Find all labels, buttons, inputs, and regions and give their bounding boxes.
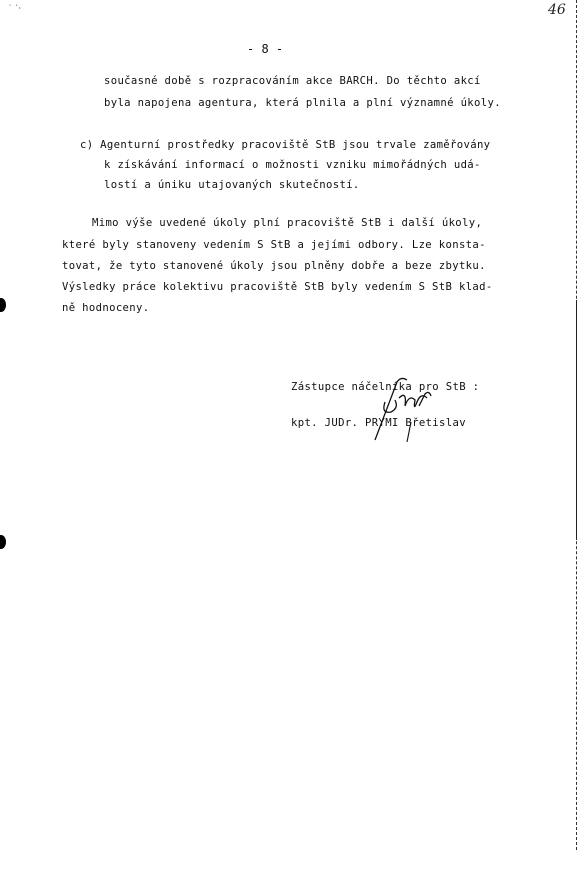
folio-number: 46 bbox=[548, 2, 566, 18]
scan-specks: ˙ ˙· bbox=[8, 4, 21, 13]
paragraph-start: Mimo výše uvedené úkoly plní pracoviště … bbox=[92, 218, 482, 229]
document-page: ˙ ˙· 46 - 8 - současné době s rozpracová… bbox=[0, 0, 588, 879]
punch-hole bbox=[0, 298, 6, 312]
text-line: tovat, že tyto stanovené úkoly jsou plně… bbox=[62, 261, 486, 272]
text-line: současné době s rozpracováním akce BARCH… bbox=[104, 76, 481, 87]
punch-hole bbox=[0, 535, 6, 549]
text-line: k získávání informací o možnosti vzniku … bbox=[104, 160, 481, 171]
text-line: ně hodnoceny. bbox=[62, 303, 149, 314]
list-item-c: c) Agenturní prostředky pracoviště StB j… bbox=[80, 140, 490, 151]
text-line: lostí a úniku utajovaných skutečností. bbox=[104, 180, 360, 191]
page-number: - 8 - bbox=[247, 42, 283, 56]
text-line: které byly stanoveny vedením S StB a jej… bbox=[62, 240, 486, 251]
handwritten-signature bbox=[355, 372, 435, 442]
text-line: byla napojena agentura, která plnila a p… bbox=[104, 98, 501, 109]
page-edge-solid bbox=[576, 300, 577, 540]
text-line: Výsledky práce kolektivu pracoviště StB … bbox=[62, 282, 493, 293]
